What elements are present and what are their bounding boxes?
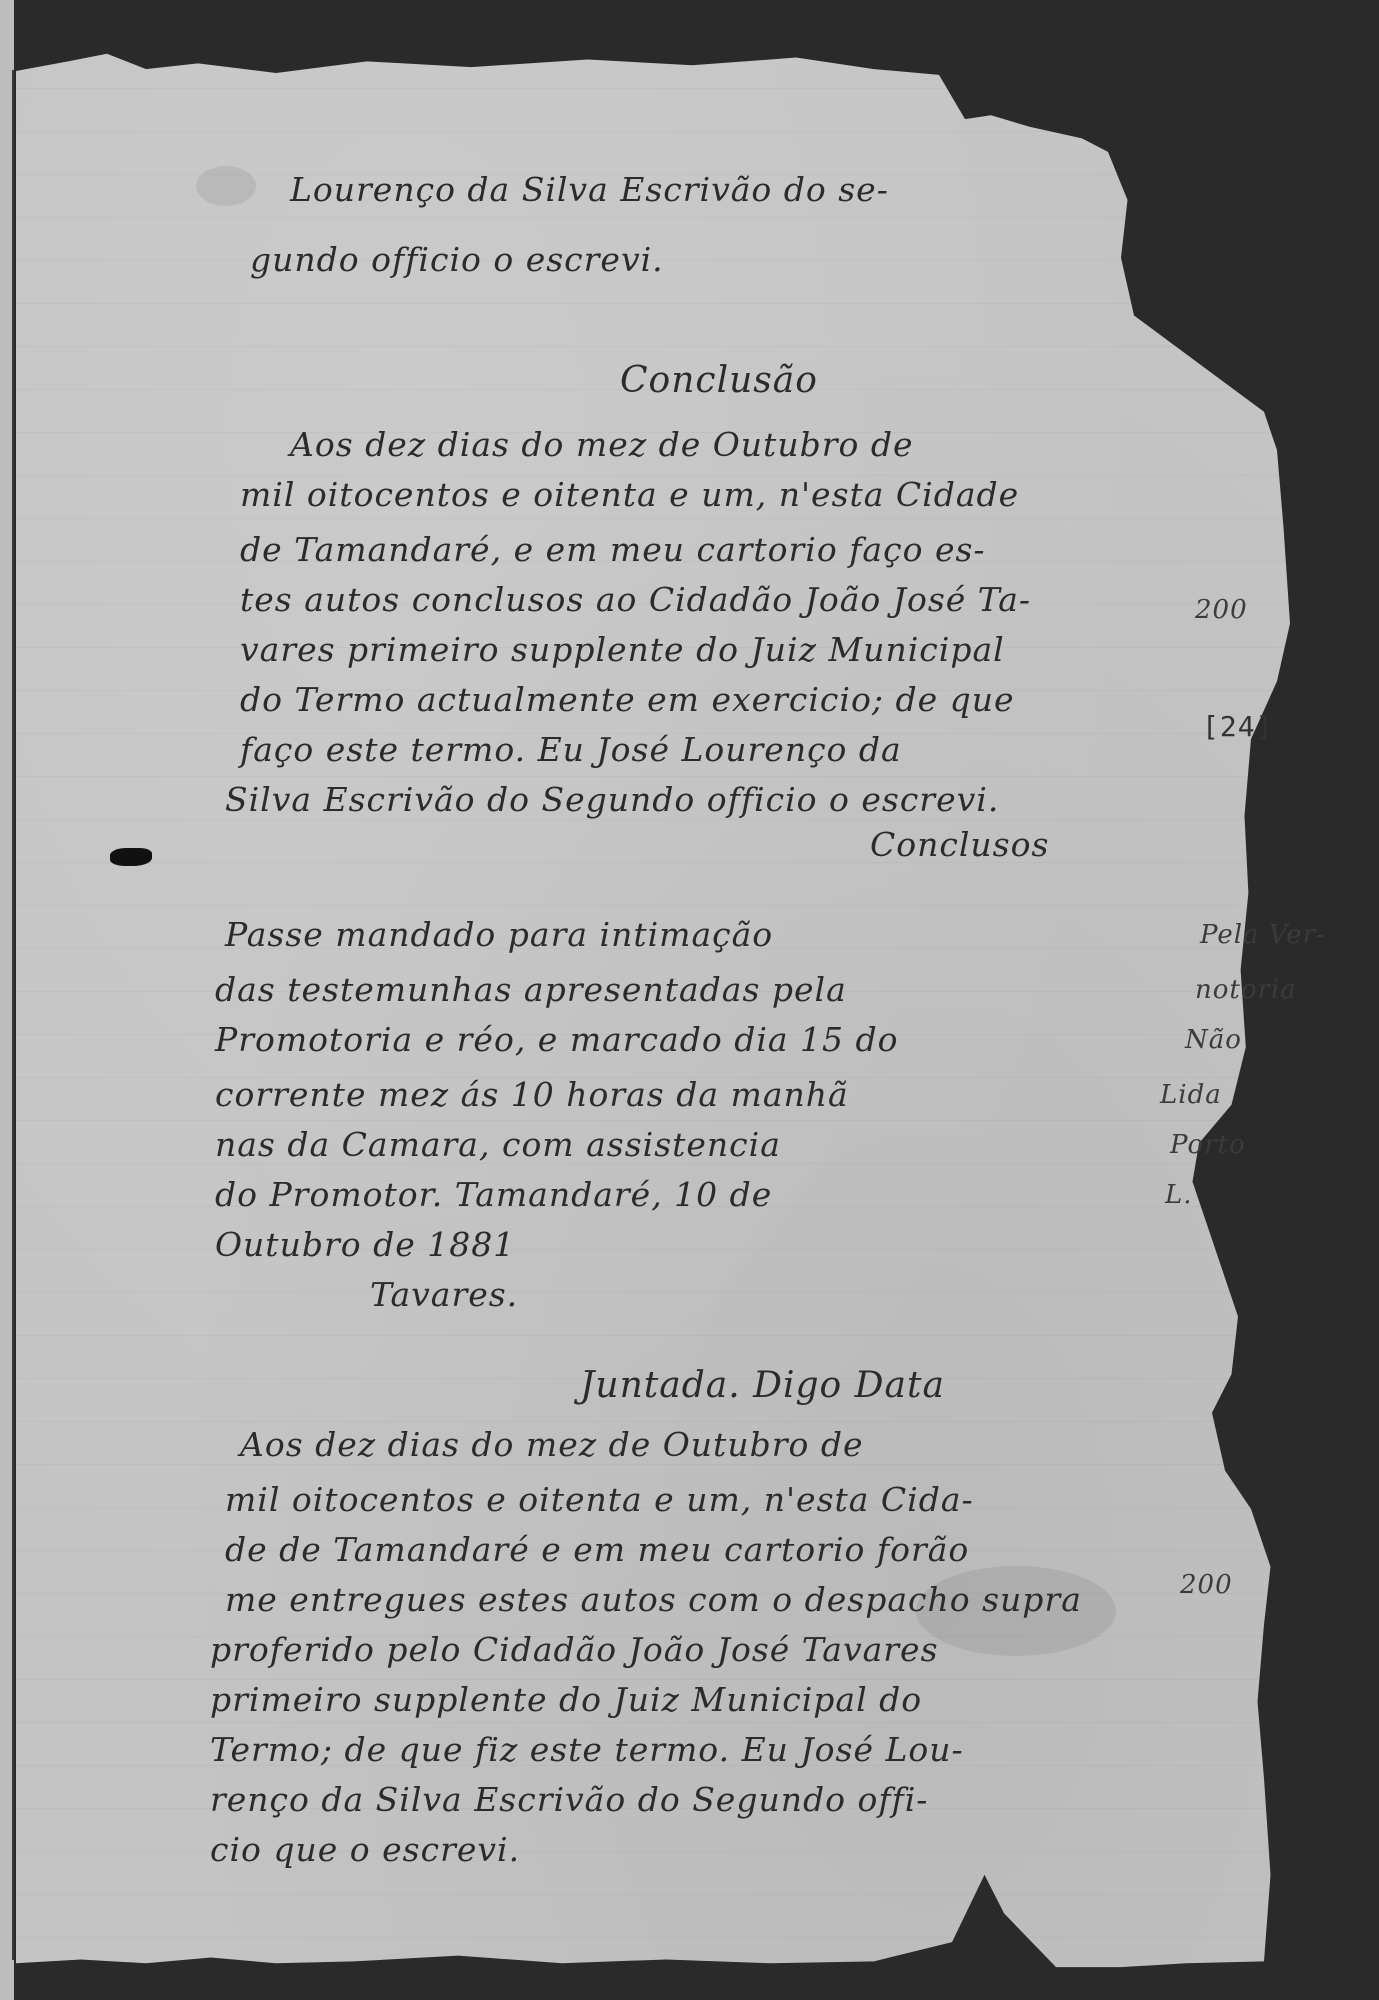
conclusao-line-4: tes autos conclusos ao Cidadão João José… (240, 580, 1031, 619)
juntada-line-2: mil oitocentos e oitenta e um, n'esta Ci… (225, 1480, 974, 1519)
conclusao-heading: Conclusão (620, 360, 818, 401)
ink-blot (110, 848, 152, 866)
despacho-line-1: Passe mandado para intimação (225, 915, 773, 954)
conclusao-line-8: Silva Escrivão do Segundo officio o escr… (225, 780, 999, 819)
despacho-line-7: Outubro de 1881 (215, 1225, 515, 1264)
juntada-line-7: Termo; de que fiz este termo. Eu José Lo… (210, 1730, 964, 1769)
conclusao-line-7: faço este termo. Eu José Lourenço da (240, 730, 902, 769)
conclusao-line-1: Aos dez dias do mez de Outubro de (290, 425, 914, 464)
despacho-line-4: corrente mez ás 10 horas da manhã (215, 1075, 849, 1114)
conclusao-signature: Conclusos (870, 825, 1049, 864)
margin-note-200-lower: 200 (1180, 1570, 1233, 1600)
paper-stain (196, 166, 256, 206)
despacho-line-6: do Promotor. Tamandaré, 10 de (215, 1175, 772, 1214)
juntada-line-1: Aos dez dias do mez de Outubro de (240, 1425, 864, 1464)
margin-note-line-2: notoria (1195, 975, 1297, 1005)
left-page-edge (0, 0, 14, 2000)
juntada-heading: Juntada. Digo Data (580, 1365, 945, 1406)
page-number-stamp: [24] (1202, 710, 1273, 743)
conclusao-line-3: de Tamandaré, e em meu cartorio faço es- (240, 530, 986, 569)
despacho-line-5: nas da Camara, com assistencia (215, 1125, 781, 1164)
juntada-line-3: de de Tamandaré e em meu cartorio forão (225, 1530, 969, 1569)
conclusao-line-2: mil oitocentos e oitenta e um, n'esta Ci… (240, 475, 1019, 514)
margin-note-200-upper: 200 (1195, 595, 1248, 625)
conclusao-line-6: do Termo actualmente em exercicio; de qu… (240, 680, 1015, 719)
margin-note-line-1: Pela Ver- (1200, 920, 1326, 950)
juntada-line-4: me entregues estes autos com o despacho … (225, 1580, 1082, 1619)
opening-line-2: gundo officio o escrevi. (250, 240, 664, 279)
despacho-signature: Tavares. (370, 1275, 518, 1314)
margin-note-line-4: Lida (1160, 1080, 1222, 1110)
margin-note-line-3: Não (1185, 1025, 1242, 1055)
opening-line-1: Lourenço da Silva Escrivão do se- (290, 170, 889, 209)
despacho-line-3: Promotoria e réo, e marcado dia 15 do (215, 1020, 899, 1059)
juntada-line-5: proferido pelo Cidadão João José Tavares (210, 1630, 939, 1669)
juntada-line-6: primeiro supplente do Juiz Municipal do (210, 1680, 922, 1719)
juntada-line-9: cio que o escrevi. (210, 1830, 520, 1869)
margin-note-line-5: Porto (1170, 1130, 1246, 1160)
margin-note-line-6: L. (1165, 1180, 1193, 1210)
conclusao-line-5: vares primeiro supplente do Juiz Municip… (240, 630, 1005, 669)
despacho-line-2: das testemunhas apresentadas pela (215, 970, 847, 1009)
juntada-line-8: renço da Silva Escrivão do Segundo offi- (210, 1780, 928, 1819)
